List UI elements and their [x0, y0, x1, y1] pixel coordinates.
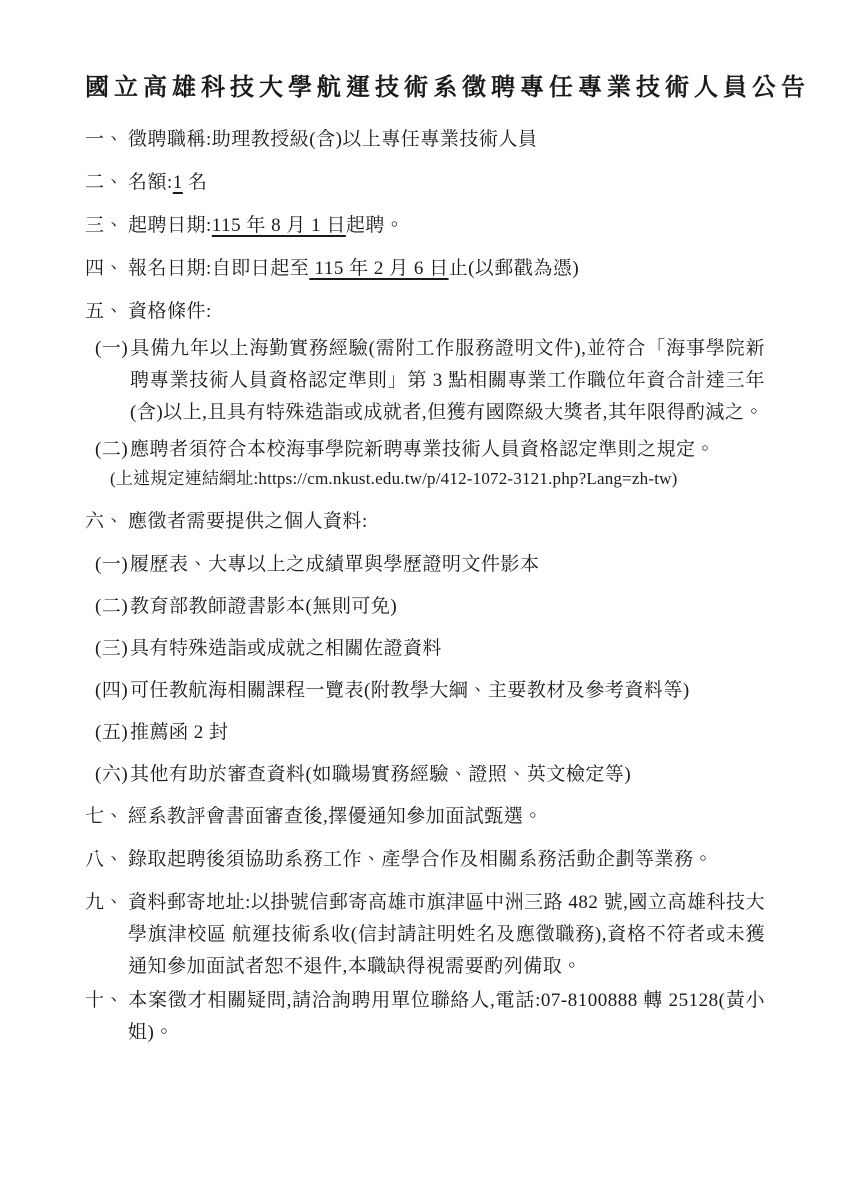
item-5-sub-1: (一)具備九年以上海勤實務經驗(需附工作服務證明文件),並符合「海事學院新聘專業… — [95, 333, 765, 429]
item-6-sub-4-text: 可任教航海相關課程一覽表(附教學大綱、主要教材及參考資料等) — [130, 680, 690, 701]
item-10-text: 本案徵才相關疑問,請洽詢聘用單位聯絡人,電話:07-8100888 轉 2512… — [128, 990, 765, 1043]
item-2: 二、名額:1 名 — [85, 167, 765, 199]
item-6-sub-6-text: 其他有助於審查資料(如職場實務經驗、證照、英文檢定等) — [130, 764, 631, 785]
item-6-sub-2: (二)教育部教師證書影本(無則可免) — [95, 591, 765, 623]
regulation-link-note: (上述規定連結網址:https://cm.nkust.edu.tw/p/412-… — [110, 466, 765, 492]
item-6-sub-1: (一)履歷表、大專以上之成績單與學歷證明文件影本 — [95, 549, 765, 581]
item-6-sub-4: (四)可任教航海相關課程一覽表(附教學大綱、主要教材及參考資料等) — [95, 675, 765, 707]
item-3-text: 起聘日期: — [128, 215, 212, 236]
item-6-sub-4-number: (四) — [95, 675, 130, 707]
item-6-sub-6-number: (六) — [95, 759, 130, 791]
item-4: 四、報名日期:自即日起至 115 年 2 月 6 日止(以郵戳為憑) — [85, 253, 765, 285]
item-2-text: 名額: — [128, 172, 173, 193]
item-6-sub-3-number: (三) — [95, 633, 130, 665]
item-10-number: 十、 — [85, 985, 128, 1017]
item-8: 八、錄取起聘後須協助系務工作、產學合作及相關系務活動企劃等業務。 — [85, 844, 765, 876]
item-5: 五、資格條件: — [85, 296, 765, 328]
item-3: 三、起聘日期:115 年 8 月 1 日起聘。 — [85, 210, 765, 242]
item-1-number: 一、 — [85, 124, 128, 156]
item-6-sub-2-text: 教育部教師證書影本(無則可免) — [130, 596, 397, 617]
item-7-text: 經系教評會書面審查後,擇優通知參加面試甄選。 — [128, 806, 543, 827]
item-4-text: 報名日期:自即日起至 — [128, 258, 309, 279]
item-5-number: 五、 — [85, 296, 128, 328]
item-1-text: 徵聘職稱:助理教授級(含)以上專任專業技術人員 — [128, 129, 537, 150]
item-5-sub-1-text: 具備九年以上海勤實務經驗(需附工作服務證明文件),並符合「海事學院新聘專業技術人… — [130, 338, 765, 423]
document-title: 國立高雄科技大學航運技術系徵聘專任專業技術人員公告 — [85, 70, 765, 106]
item-5-sub-2: (二)應聘者須符合本校海事學院新聘專業技術人員資格認定準則之規定。 — [95, 434, 765, 466]
item-6-sub-1-number: (一) — [95, 549, 130, 581]
item-3-underlined-date: 115 年 8 月 1 日 — [212, 215, 346, 236]
item-6-number: 六、 — [85, 506, 128, 538]
item-4-number: 四、 — [85, 253, 128, 285]
item-5-sub-1-number: (一) — [95, 333, 130, 365]
item-5-sub-2-number: (二) — [95, 434, 130, 466]
item-6: 六、應徵者需要提供之個人資料: — [85, 506, 765, 538]
item-3-text-after: 起聘。 — [346, 215, 405, 236]
item-9-text: 資料郵寄地址:以掛號信郵寄高雄市旗津區中洲三路 482 號,國立高雄科技大學旗津… — [128, 892, 765, 977]
document-page: 國立高雄科技大學航運技術系徵聘專任專業技術人員公告 一、徵聘職稱:助理教授級(含… — [0, 0, 849, 1200]
item-10: 十、本案徵才相關疑問,請洽詢聘用單位聯絡人,電話:07-8100888 轉 25… — [85, 985, 765, 1049]
item-2-number: 二、 — [85, 167, 128, 199]
item-6-sub-1-text: 履歷表、大專以上之成績單與學歷證明文件影本 — [130, 554, 540, 575]
item-6-sub-3-text: 具有特殊造詣或成就之相關佐證資料 — [130, 638, 442, 659]
item-6-sub-5: (五)推薦函 2 封 — [95, 717, 765, 749]
item-4-text-after: 止(以郵戳為憑) — [449, 258, 580, 279]
item-6-sub-5-number: (五) — [95, 717, 130, 749]
item-4-underlined-date: 115 年 2 月 6 日 — [309, 258, 448, 279]
item-2-underlined-value: 1 — [173, 172, 183, 193]
item-7: 七、經系教評會書面審查後,擇優通知參加面試甄選。 — [85, 801, 765, 833]
item-9: 九、資料郵寄地址:以掛號信郵寄高雄市旗津區中洲三路 482 號,國立高雄科技大學… — [85, 887, 765, 983]
item-6-sub-2-number: (二) — [95, 591, 130, 623]
item-7-number: 七、 — [85, 801, 128, 833]
item-1: 一、徵聘職稱:助理教授級(含)以上專任專業技術人員 — [85, 124, 765, 156]
item-8-text: 錄取起聘後須協助系務工作、產學合作及相關系務活動企劃等業務。 — [128, 849, 713, 870]
item-6-sub-5-text: 推薦函 2 封 — [130, 722, 229, 743]
item-6-sub-6: (六)其他有助於審查資料(如職場實務經驗、證照、英文檢定等) — [95, 759, 765, 791]
item-5-sub-2-text: 應聘者須符合本校海事學院新聘專業技術人員資格認定準則之規定。 — [130, 439, 715, 460]
item-6-sub-3: (三)具有特殊造詣或成就之相關佐證資料 — [95, 633, 765, 665]
item-8-number: 八、 — [85, 844, 128, 876]
item-9-number: 九、 — [85, 887, 128, 919]
item-3-number: 三、 — [85, 210, 128, 242]
item-5-text: 資格條件: — [128, 301, 212, 322]
item-6-text: 應徵者需要提供之個人資料: — [128, 511, 368, 532]
item-2-text-after: 名 — [183, 172, 208, 193]
